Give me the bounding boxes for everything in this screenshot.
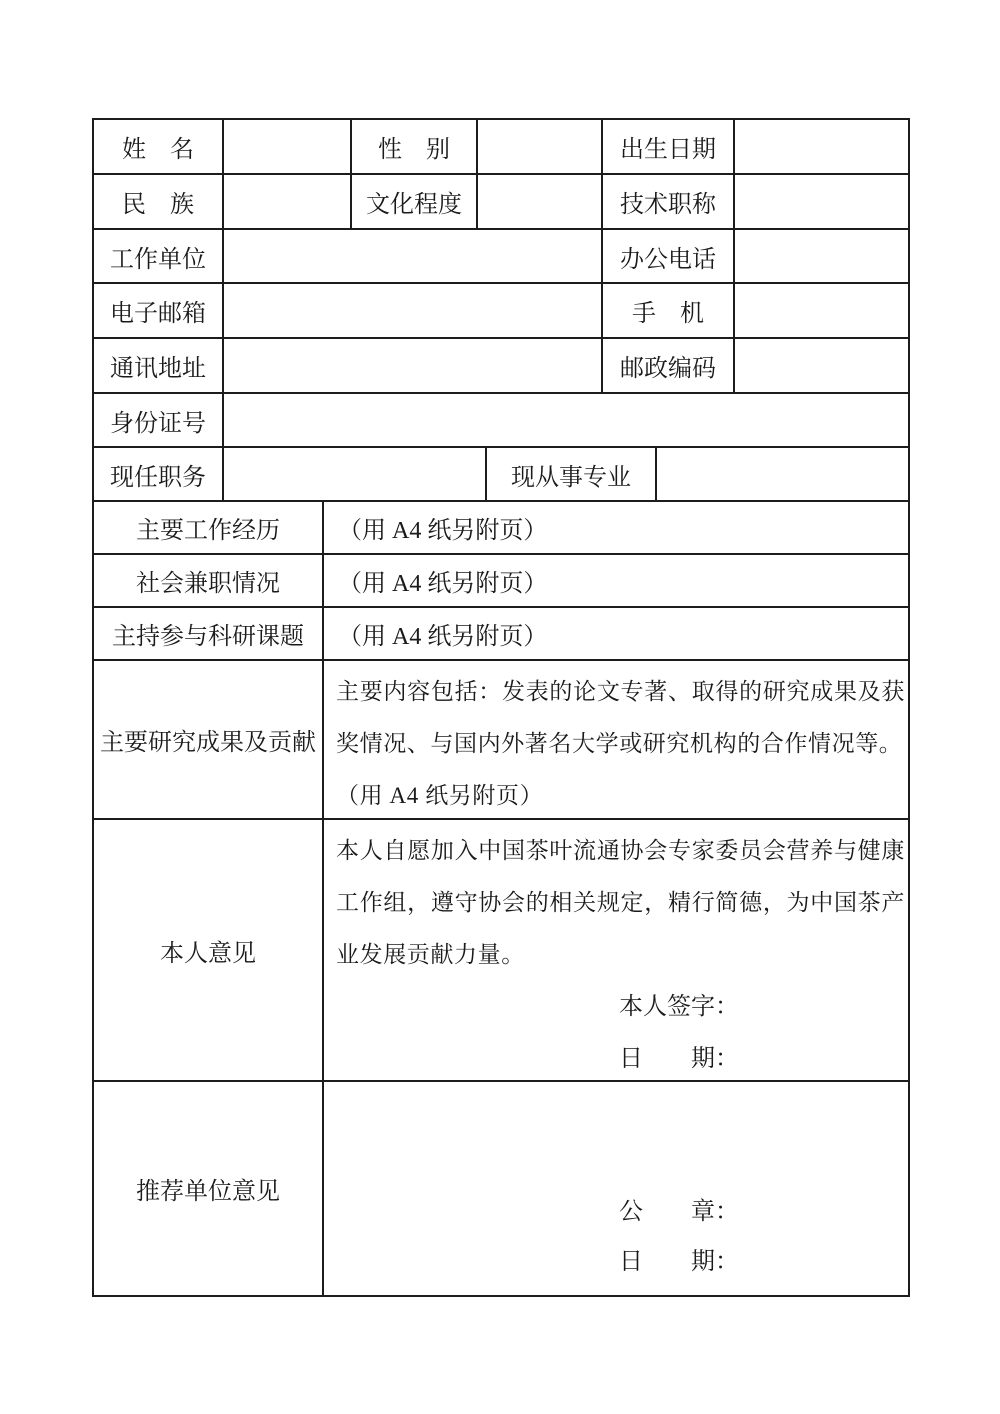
postal-code-label: 邮政编码	[603, 339, 735, 394]
achievements-label: 主要研究成果及贡献	[94, 661, 324, 820]
table-row-basic-2: 民 族 文化程度 技术职称	[94, 175, 910, 230]
id-number-label: 身份证号	[94, 394, 224, 448]
table-row-achievements: 主要研究成果及贡献 主要内容包括：发表的论文专著、取得的研究成果及获奖情况、与国…	[94, 661, 910, 820]
mobile-label: 手 机	[603, 284, 735, 339]
table-row-basic-1: 姓 名 性 别 出生日期	[94, 120, 910, 175]
postal-code-value-cell	[735, 339, 910, 394]
research-projects-note: （用 A4 纸另附页）	[324, 608, 910, 661]
table-row-personal-opinion: 本人意见 本人自愿加入中国茶叶流通协会专家委员会营养与健康工作组，遵守协会的相关…	[94, 820, 910, 1082]
mobile-value-cell	[735, 284, 910, 339]
achievements-description: 主要内容包括：发表的论文专著、取得的研究成果及获奖情况、与国内外著名大学或研究机…	[336, 666, 905, 770]
name-label: 姓 名	[94, 120, 224, 175]
table-row-work-unit: 工作单位 办公电话	[94, 230, 910, 284]
id-number-value-cell	[224, 394, 910, 448]
email-label: 电子邮箱	[94, 284, 224, 339]
technical-title-value-cell	[735, 175, 910, 230]
table-row-work-experience: 主要工作经历 （用 A4 纸另附页）	[94, 502, 910, 555]
recommendation-date-label: 日 期：	[619, 1237, 739, 1287]
personal-opinion-content-cell: 本人自愿加入中国茶叶流通协会专家委员会营养与健康工作组，遵守协会的相关规定，精行…	[324, 820, 910, 1082]
table-row-position: 现任职务 现从事专业	[94, 448, 910, 502]
table-row-research-projects: 主持参与科研课题 （用 A4 纸另附页）	[94, 608, 910, 661]
gender-value-cell	[478, 120, 603, 175]
current-position-label: 现任职务	[94, 448, 224, 502]
name-value-cell	[224, 120, 352, 175]
current-profession-label: 现从事专业	[487, 448, 657, 502]
office-phone-label: 办公电话	[603, 230, 735, 284]
work-experience-note: （用 A4 纸另附页）	[324, 502, 910, 555]
ethnicity-label: 民 族	[94, 175, 224, 230]
birth-date-label: 出生日期	[603, 120, 735, 175]
recommendation-content-cell: 公 章： 日 期：	[324, 1082, 910, 1297]
form-page: 姓 名 性 别 出生日期 民 族 文化程度 技术职称 工作单位 办公电话 电子邮…	[0, 0, 1000, 1414]
table-row-address: 通讯地址 邮政编码	[94, 339, 910, 394]
personal-opinion-statement: 本人自愿加入中国茶叶流通协会专家委员会营养与健康工作组，遵守协会的相关规定，精行…	[336, 825, 905, 981]
table-row-id-number: 身份证号	[94, 394, 910, 448]
table-row-social-positions: 社会兼职情况 （用 A4 纸另附页）	[94, 555, 910, 608]
social-positions-note: （用 A4 纸另附页）	[324, 555, 910, 608]
research-projects-label: 主持参与科研课题	[94, 608, 324, 661]
personal-opinion-label: 本人意见	[94, 820, 324, 1082]
application-form-table: 姓 名 性 别 出生日期 民 族 文化程度 技术职称 工作单位 办公电话 电子邮…	[92, 118, 910, 1297]
work-unit-label: 工作单位	[94, 230, 224, 284]
mailing-address-value-cell	[224, 339, 603, 394]
official-seal-label: 公 章：	[619, 1187, 739, 1237]
signature-date-label: 日 期：	[619, 1033, 905, 1082]
achievements-content-cell: 主要内容包括：发表的论文专著、取得的研究成果及获奖情况、与国内外著名大学或研究机…	[324, 661, 910, 820]
current-profession-value-cell	[657, 448, 910, 502]
education-level-label: 文化程度	[352, 175, 478, 230]
education-level-value-cell	[478, 175, 603, 230]
table-row-email: 电子邮箱 手 机	[94, 284, 910, 339]
ethnicity-value-cell	[224, 175, 352, 230]
technical-title-label: 技术职称	[603, 175, 735, 230]
recommendation-label: 推荐单位意见	[94, 1082, 324, 1297]
current-position-value-cell	[224, 448, 487, 502]
achievements-note: （用 A4 纸另附页）	[336, 770, 905, 820]
gender-label: 性 别	[352, 120, 478, 175]
birth-date-value-cell	[735, 120, 910, 175]
social-positions-label: 社会兼职情况	[94, 555, 324, 608]
work-experience-label: 主要工作经历	[94, 502, 324, 555]
signature-label: 本人签字：	[619, 981, 905, 1033]
work-unit-value-cell	[224, 230, 603, 284]
table-row-recommendation: 推荐单位意见 公 章： 日 期：	[94, 1082, 910, 1297]
email-value-cell	[224, 284, 603, 339]
office-phone-value-cell	[735, 230, 910, 284]
mailing-address-label: 通讯地址	[94, 339, 224, 394]
